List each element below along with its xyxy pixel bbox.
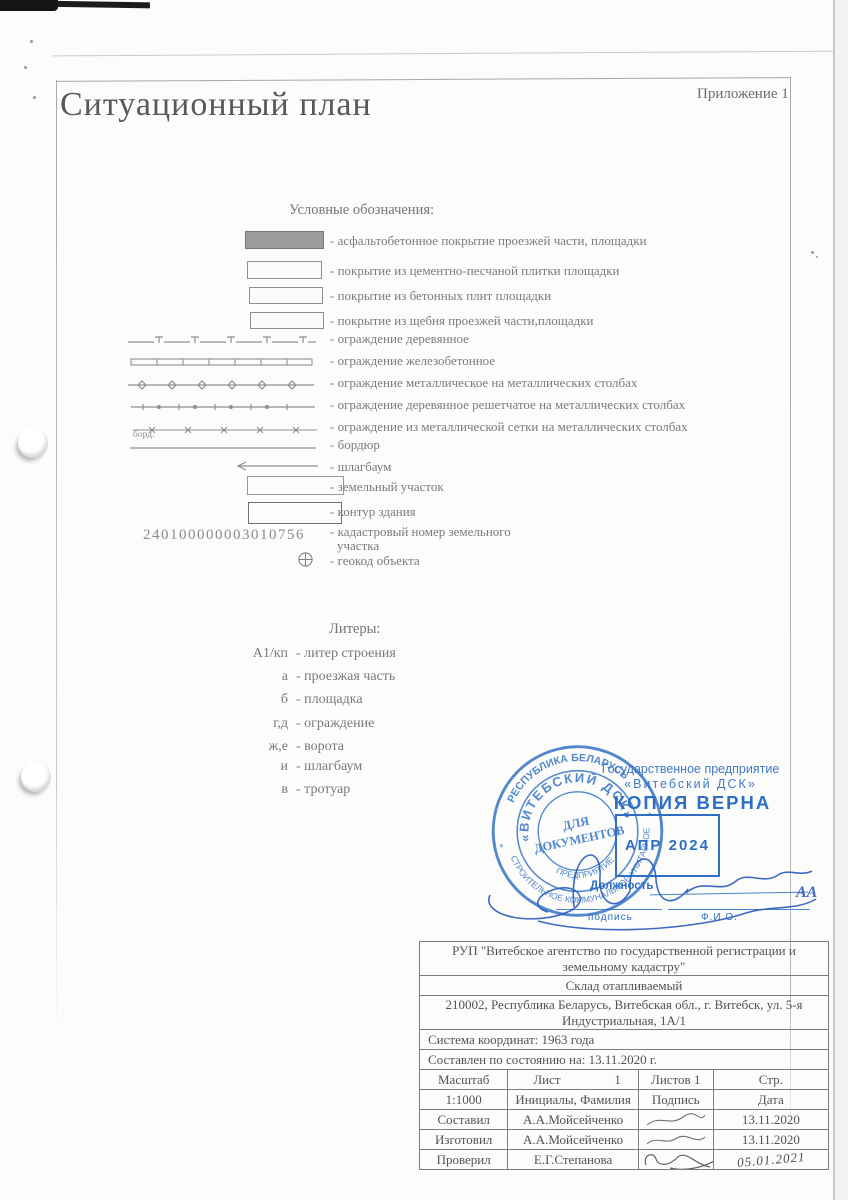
handwritten-signature: АА: [478, 833, 833, 938]
handwritten-date: 05.01.2021: [736, 1150, 806, 1170]
scanner-edge-artifact: [0, 0, 58, 11]
liter-code: г,д: [226, 716, 288, 732]
role-cell: Изготовил: [420, 1130, 508, 1150]
legend-item-label: - контур здания: [330, 504, 416, 520]
legend-item-label: - бордюр: [330, 437, 380, 453]
sheet-number: 1: [614, 1072, 621, 1088]
annex-label: Приложение 1: [697, 86, 789, 103]
sign-header-cell: Подпись: [638, 1090, 713, 1110]
punch-hole: [21, 762, 51, 792]
legend-item-label: - покрытие из бетонных плит площадки: [330, 288, 551, 304]
sheet-header-cell: Лист1: [508, 1070, 638, 1090]
table-row: Масштаб Лист1 Листов 1 Стр.: [420, 1070, 829, 1090]
title-block-table: РУП "Витебское агентство по государствен…: [419, 941, 829, 1170]
asphalt-swatch-icon: [245, 231, 324, 249]
role-cell: Проверил: [420, 1150, 508, 1170]
signature-cell: [638, 1110, 713, 1130]
copy-stamp-org-line2: «Витебский ДСК»: [593, 777, 788, 791]
table-row: Изготовил А.А.Мойсейченко 13.11.2020: [420, 1130, 829, 1150]
signature-cell: [638, 1130, 713, 1150]
as-of-date-cell: Составлен по состоянию на: 13.11.2020 г.: [420, 1050, 829, 1070]
person-cell: Е.Г.Степанова: [508, 1150, 638, 1170]
scale-value-cell: 1:1000: [420, 1090, 508, 1110]
person-cell: А.А.Мойсейченко: [508, 1130, 638, 1150]
page-header-cell: Стр.: [713, 1070, 828, 1090]
wooden-fence-line-icon: [128, 333, 316, 347]
legend-item-label: - покрытие из цементно-песчаной плитки п…: [330, 263, 620, 279]
metal-mesh-fence-line-icon: [133, 421, 317, 435]
table-row: РУП "Витебское агентство по государствен…: [420, 942, 829, 976]
liter-code: ж,е: [226, 739, 288, 755]
coord-system-cell: Система координат: 1963 года: [420, 1030, 829, 1050]
liter-code: б: [226, 692, 288, 708]
metal-fence-line-icon: [128, 377, 314, 391]
address-cell: 210002, Республика Беларусь, Витебская о…: [420, 996, 829, 1030]
liters-heading: Литеры:: [329, 621, 380, 638]
date-cell: 13.11.2020: [713, 1130, 828, 1150]
legend-item-label: - земельный участок: [330, 479, 444, 495]
date-cell: 05.01.2021: [713, 1150, 828, 1170]
legend-item-label: - ограждение железобетонное: [330, 353, 495, 369]
legend-item-label: - ограждение деревянное решетчатое на ме…: [330, 397, 685, 413]
wooden-lattice-fence-line-icon: [131, 399, 315, 413]
legend-item-label: - покрытие из щебня проезжей части,площа…: [330, 313, 593, 329]
punch-hole: [18, 428, 48, 458]
sheets-total-cell: Листов 1: [638, 1070, 713, 1090]
liter-label: - шлагбаум: [296, 759, 362, 775]
border-curb-label: борд.: [133, 430, 154, 440]
legend-heading: Условные обозначения:: [289, 202, 434, 219]
liter-label: - площадка: [296, 692, 363, 708]
sheet-label: Лист: [533, 1072, 560, 1088]
scale-header-cell: Масштаб: [420, 1070, 508, 1090]
signature-cell: [638, 1150, 713, 1170]
liter-label: - проезжая часть: [296, 669, 395, 685]
geocode-icon: [297, 551, 314, 568]
person-cell: А.А.Мойсейченко: [508, 1110, 638, 1130]
tile-swatch-icon: [247, 261, 322, 279]
scan-speck: [816, 256, 818, 258]
object-name-cell: Склад отапливаемый: [420, 976, 829, 996]
document-frame-top: [57, 77, 791, 82]
scan-speck: [24, 66, 27, 69]
legend-item-label: - ограждение металлическое на металличес…: [330, 375, 637, 391]
table-row: 210002, Республика Беларусь, Витебская о…: [420, 996, 829, 1030]
liter-label: - тротуар: [296, 782, 350, 798]
cadastral-number-sample: 240100000003010756: [143, 527, 305, 544]
copy-stamp-org-line1: Государственное предприятие: [593, 762, 788, 776]
legend-item-label: - асфальтобетонное покрытие проезжей час…: [330, 233, 647, 249]
building-contour-icon: [248, 502, 342, 524]
scan-speck: [30, 40, 33, 43]
org-name-cell: РУП "Витебское агентство по государствен…: [420, 942, 829, 976]
table-row: Склад отапливаемый: [420, 976, 829, 996]
legend-item-label: - шлагбаум: [330, 459, 391, 475]
curb-line-icon: [130, 444, 316, 452]
name-header-cell: Инициалы, Фамилия: [508, 1090, 638, 1110]
copy-stamp-copy-verna: КОПИЯ ВЕРНА: [585, 792, 800, 814]
scanned-situational-plan: Ситуационный план Приложение 1 Условные …: [0, 0, 848, 1200]
table-row: Составил А.А.Мойсейченко 13.11.2020: [420, 1110, 829, 1130]
barrier-arrow-icon: [236, 460, 320, 472]
page-title: Ситуационный план: [60, 86, 372, 124]
table-row: Система координат: 1963 года: [420, 1030, 829, 1050]
role-cell: Составил: [420, 1110, 508, 1130]
date-cell: 13.11.2020: [713, 1110, 828, 1130]
legend-item-label: - ограждение деревянное: [330, 331, 469, 347]
concrete-slab-swatch-icon: [249, 287, 323, 304]
table-row: Проверил Е.Г.Степанова 05.01.2021: [420, 1150, 829, 1170]
concrete-fence-line-icon: [130, 355, 314, 369]
liter-code: в: [226, 782, 288, 798]
scan-speck: [33, 96, 36, 99]
table-row: Составлен по состоянию на: 13.11.2020 г.: [420, 1050, 829, 1070]
legend-item-label: участка: [337, 538, 379, 554]
document-frame-left: [56, 80, 57, 1040]
legend-item-label: - ограждение из металлической сетки на м…: [330, 419, 688, 435]
date-header-cell: Дата: [713, 1090, 828, 1110]
liter-code: и: [226, 759, 288, 775]
scan-speck: [811, 251, 814, 254]
gravel-swatch-icon: [250, 312, 324, 329]
liter-label: - ограждение: [296, 716, 374, 732]
legend-item-label: - геокод объекта: [330, 553, 420, 569]
liter-code: А1/кп: [226, 646, 288, 662]
liter-label: - ворота: [296, 739, 344, 755]
scan-line: [52, 51, 848, 57]
liter-label: - литер строения: [296, 646, 396, 662]
table-row: 1:1000 Инициалы, Фамилия Подпись Дата: [420, 1090, 829, 1110]
signature-initials: АА: [795, 884, 818, 901]
page-edge-band: [835, 0, 848, 1200]
liter-code: а: [226, 669, 288, 685]
